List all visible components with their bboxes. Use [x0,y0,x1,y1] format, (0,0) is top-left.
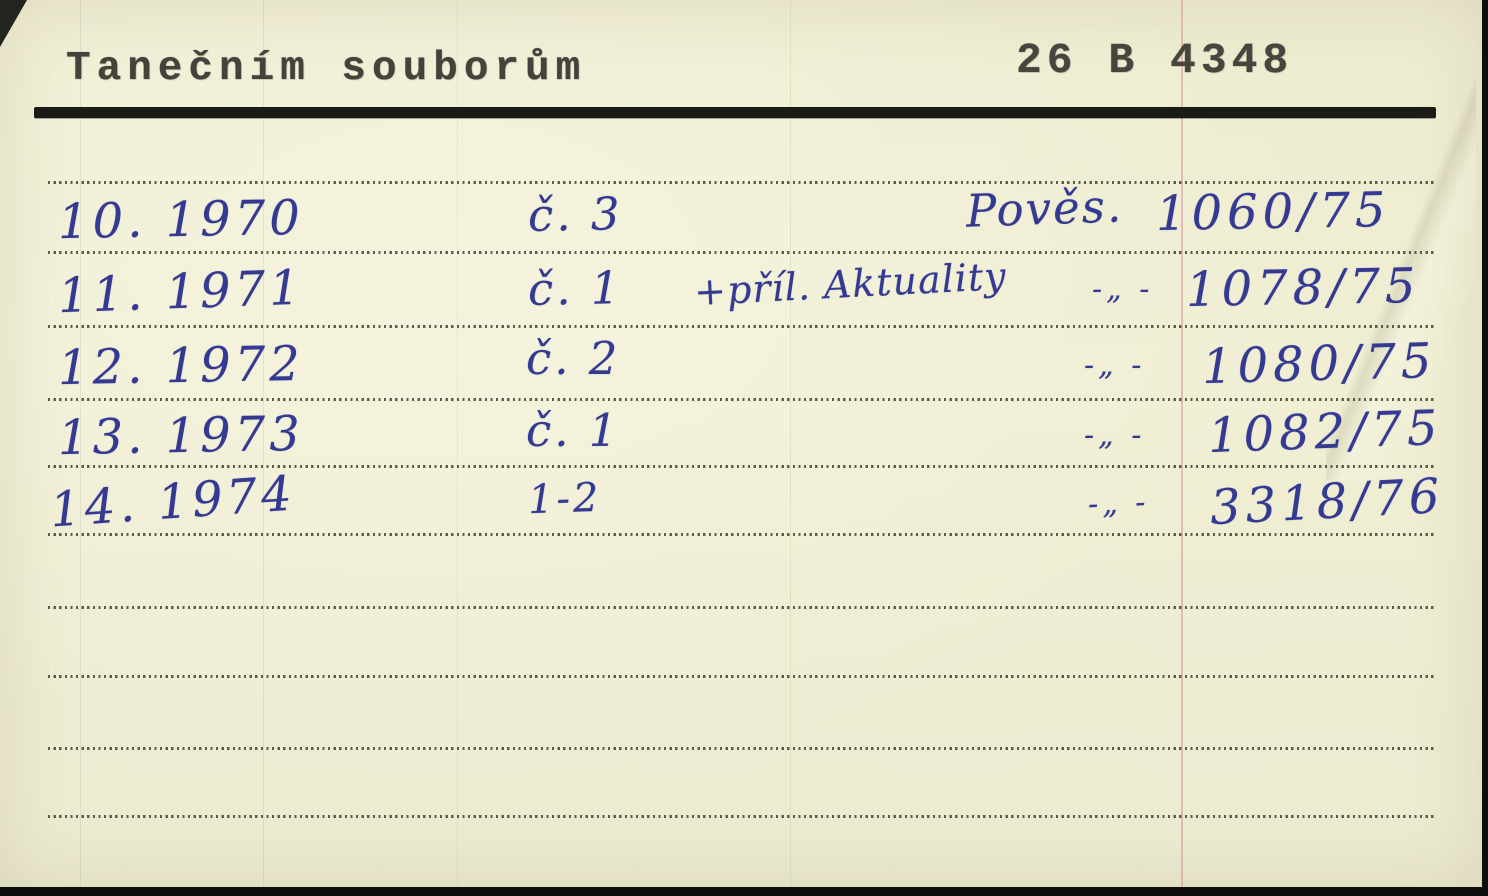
header-rule [34,107,1436,118]
entry-2-issue: č. 1 [528,261,623,316]
entry-2-year: 11. 1971 [57,260,305,325]
entry-1-source: Pověs. [965,179,1124,237]
scanned-catalog-card: Tanečním souborům 26 B 4348 10. 1970 č. … [0,0,1488,896]
entry-2-ditto-mark: -„ - [1092,272,1153,307]
catalog-card-paper: Tanečním souborům 26 B 4348 10. 1970 č. … [0,0,1482,887]
entry-3-issue: č. 2 [526,332,620,385]
entry-5-year: 14. 1974 [48,465,297,538]
entry-1-issue: č. 3 [528,187,623,242]
card-title: Tanečním souborům [66,46,586,92]
ruled-line [48,747,1434,750]
entry-3-ditto-mark: -„ - [1084,348,1145,383]
entry-5-accession: 3318/76 [1209,468,1446,536]
entry-4-year: 13. 1973 [58,406,305,466]
ruled-line [48,675,1434,678]
entry-4-accession: 1082/75 [1207,400,1443,464]
entry-1-accession: 1060/75 [1156,182,1391,242]
entry-4-ditto-mark: -„ - [1084,418,1145,453]
paper-crease [457,0,458,887]
entry-3-year: 12. 1972 [58,336,305,396]
entry-2-supplement: +příl. Aktuality [693,254,1008,314]
ruled-line [48,251,1434,254]
scan-corner-artifact [0,0,27,47]
entry-5-ditto-mark: -„ - [1087,485,1150,522]
entry-1-year: 10. 1970 [58,190,305,250]
paper-crease [790,0,791,887]
ruled-line [48,325,1434,328]
ruled-line [48,815,1434,818]
entry-3-accession: 1080/75 [1201,333,1437,395]
call-number: 26 B 4348 [1016,36,1293,85]
ruled-line [48,181,1434,184]
ruled-line [48,398,1434,401]
entry-5-issue: 1-2 [527,475,602,524]
entry-2-accession: 1078/75 [1186,258,1421,318]
margin-line [1181,0,1183,887]
ruled-line [48,606,1434,609]
entry-4-issue: č. 1 [526,404,620,457]
